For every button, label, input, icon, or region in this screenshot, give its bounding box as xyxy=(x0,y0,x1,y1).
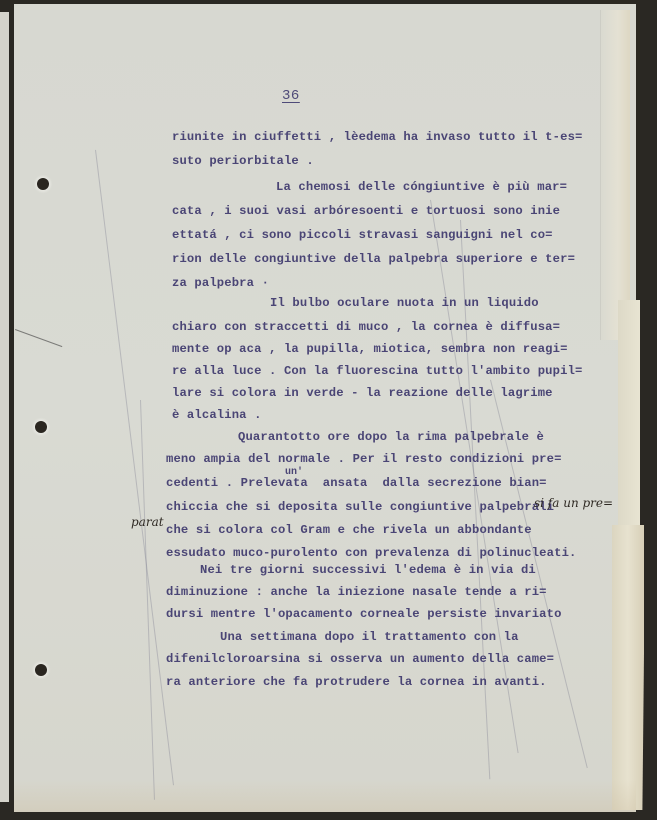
underlying-page-edge xyxy=(0,12,9,802)
text-line: che si colora col Gram e che rivela un a… xyxy=(166,523,532,537)
text-line: suto periorbitale . xyxy=(172,154,314,168)
text-line: cata , i suoi vasi arbóresoenti e tortuo… xyxy=(172,204,560,218)
punch-hole xyxy=(35,664,47,676)
punch-hole xyxy=(35,421,47,433)
text-line: Nei tre giorni successivi l'edema è in v… xyxy=(200,563,536,577)
text-line: dursi mentre l'opacamento corneale persi… xyxy=(166,607,562,621)
page-number: 36 xyxy=(282,88,300,104)
text-line: essudato muco-purolento con prevalenza d… xyxy=(166,546,577,560)
text-line: Il bulbo oculare nuota in un liquido xyxy=(270,296,539,310)
text-line: za palpebra · xyxy=(172,276,269,290)
handwritten-annotation: si fa un pre= xyxy=(534,496,613,510)
text-line: re alla luce . Con la fluorescina tutto … xyxy=(172,364,583,378)
text-line: La chemosi delle cóngiuntive è più mar= xyxy=(276,180,567,194)
text-line: ettatá , ci sono piccoli stravasi sangui… xyxy=(172,228,553,242)
punch-hole xyxy=(37,178,49,190)
interlinear-insertion: un' xyxy=(285,467,303,478)
text-line: Quarantotto ore dopo la rima palpebrale … xyxy=(238,430,544,444)
folded-edge-middle xyxy=(618,300,640,530)
handwritten-annotation: parat xyxy=(131,515,164,529)
text-line: ra anteriore che fa protrudere la cornea… xyxy=(166,675,547,689)
text-line: meno ampia del normale . Per il resto co… xyxy=(166,452,562,466)
text-line: diminuzione : anche la iniezione nasale … xyxy=(166,585,547,599)
folded-edge-top xyxy=(600,10,630,340)
paper-stain xyxy=(14,780,636,812)
text-line: rion delle congiuntive della palpebra su… xyxy=(172,252,575,266)
text-line: cedenti . Prelevata ansata dalla secrezi… xyxy=(166,476,547,490)
text-line: lare si colora in verde - la reazione de… xyxy=(172,386,553,400)
text-line: riunite in ciuffetti , lèedema ha invaso… xyxy=(172,130,583,144)
text-line: chiaro con straccetti di muco , la corne… xyxy=(172,320,560,334)
document-page xyxy=(14,4,636,812)
folded-edge-bottom xyxy=(612,525,644,810)
text-line: mente op aca , la pupilla, miotica, semb… xyxy=(172,342,568,356)
text-line: difenilcloroarsina si osserva un aumento… xyxy=(166,652,554,666)
text-line: Una settimana dopo il trattamento con la xyxy=(220,630,519,644)
text-line: chiccia che si deposita sulle congiuntiv… xyxy=(166,500,554,514)
text-line: è alcalina . xyxy=(172,408,262,422)
